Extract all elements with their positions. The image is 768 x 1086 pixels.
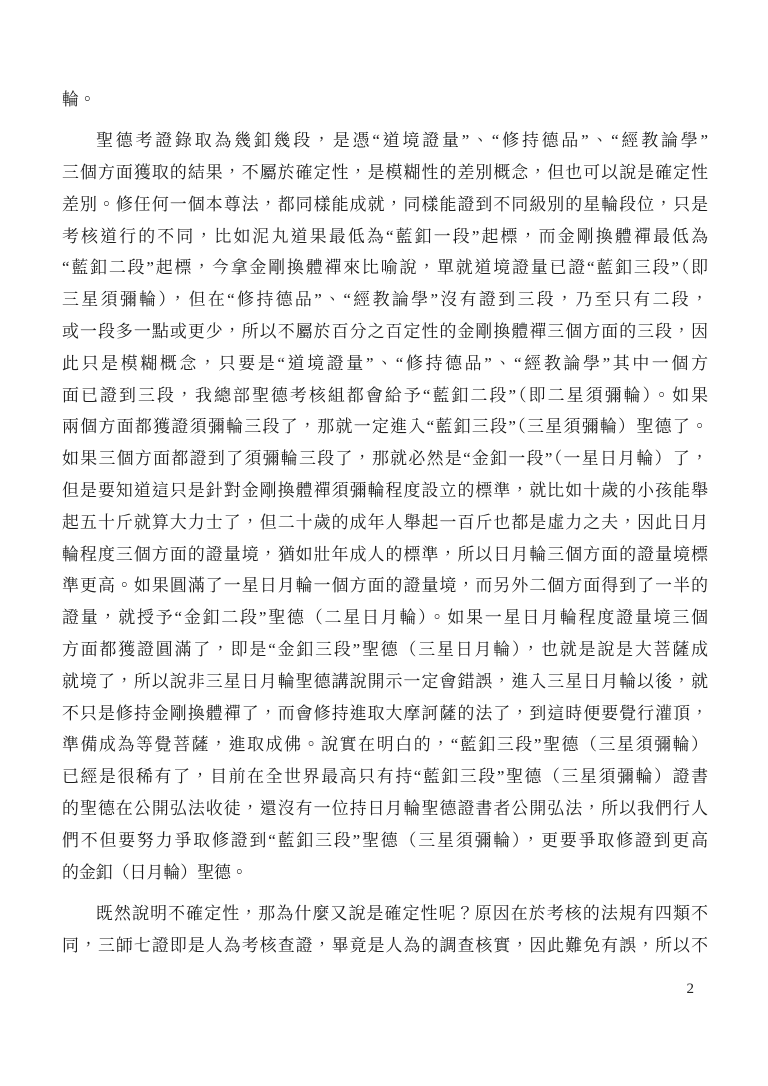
- text-line: 已經是很稀有了，目前在全世界最高只有持“藍釦三段”聖德（三星須彌輪）證書: [62, 761, 708, 793]
- text-line: 就境了，所以說非三星日月輪聖德講說開示一定會錯誤，進入三星日月輪以後，就: [62, 666, 708, 698]
- text-line: 此只是模糊概念，只要是“道境證量”、“修持德品”、“經教論學”其中一個方: [62, 348, 708, 380]
- paragraph: 既然說明不確定性，那為什麼又說是確定性呢？原因在於考核的法規有四類不同，三師七證…: [62, 898, 708, 962]
- text-line: 同，三師七證即是人為考核查證，畢竟是人為的調查核實，因此難免有誤，所以不: [62, 930, 708, 962]
- text-line: 輪程度三個方面的證量境，猶如壯年成人的標準，所以日月輪三個方面的證量境標: [62, 539, 708, 571]
- text-line: 或一段多一點或更少，所以不屬於百分之百定性的金剛換體禪三個方面的三段，因: [62, 316, 708, 348]
- text-line: 面已證到三段，我總部聖德考核組都會給予“藍釦二段”（即二星須彌輪）。如果: [62, 380, 708, 412]
- text-line: 如果三個方面都證到了須彌輪三段了，那就必然是“金釦一段”（一星日月輪）了，: [62, 443, 708, 475]
- text-line: 方面都獲證圓滿了，即是“金釦三段”聖德（三星日月輪），也就是說是大菩薩成: [62, 634, 708, 666]
- text-line: 證量，就授予“金釦二段”聖德（二星日月輪）。如果一星日月輪程度證量境三個: [62, 602, 708, 634]
- text-line: 的聖德在公開弘法收徒，還沒有一位持日月輪聖德證書者公開弘法，所以我們行人: [62, 793, 708, 825]
- text-line: 的金釦（日月輪）聖德。: [62, 857, 708, 889]
- text-line: “藍釦二段”起標，今拿金剛換體禪來比喻說，單就道境證量已證“藍釦三段”（即: [62, 252, 708, 284]
- text-line: 但是要知道這只是針對金剛換體禪須彌輪程度設立的標準，就比如十歲的小孩能舉: [62, 475, 708, 507]
- text-line: 不只是修持金剛換體禪了，而會修持進取大摩訶薩的法了，到這時便要覺行灌頂，: [62, 698, 708, 730]
- text-line: 三個方面獲取的結果，不屬於確定性，是模糊性的差別概念，但也可以說是確定性: [62, 157, 708, 189]
- text-line: 準更高。如果圓滿了一星日月輪一個方面的證量境，而另外二個方面得到了一半的: [62, 570, 708, 602]
- text-line: 三星須彌輪），但在“修持德品”、“經教論學”沒有證到三段，乃至只有二段，: [62, 284, 708, 316]
- text-line: 考核道行的不同，比如泥丸道果最低為“藍釦一段”起標，而金剛換體禪最低為: [62, 221, 708, 253]
- page-number: 2: [687, 979, 695, 999]
- page-text: 輪。聖德考證錄取為幾釦幾段，是憑“道境證量”、“修持德品”、“經教論學”三個方面…: [62, 84, 708, 971]
- text-line: 準備成為等覺菩薩，進取成佛。說實在明白的，“藍釦三段”聖德（三星須彌輪）: [62, 729, 708, 761]
- text-line: 既然說明不確定性，那為什麼又說是確定性呢？原因在於考核的法規有四類不: [62, 898, 708, 930]
- document-page: 輪。聖德考證錄取為幾釦幾段，是憑“道境證量”、“修持德品”、“經教論學”三個方面…: [0, 0, 768, 1086]
- text-line: 起五十斤就算大力士了，但二十歲的成年人舉起一百斤也都是虛力之夫，因此日月: [62, 507, 708, 539]
- text-line: 們不但要努力爭取修證到“藍釦三段”聖德（三星須彌輪），更要爭取修證到更高: [62, 825, 708, 857]
- paragraph: 聖德考證錄取為幾釦幾段，是憑“道境證量”、“修持德品”、“經教論學”三個方面獲取…: [62, 125, 708, 888]
- paragraph: 輪。: [62, 84, 708, 116]
- text-line: 輪。: [62, 84, 708, 116]
- text-line: 聖德考證錄取為幾釦幾段，是憑“道境證量”、“修持德品”、“經教論學”: [62, 125, 708, 157]
- text-line: 差別。修任何一個本尊法，都同樣能成就，同樣能證到不同級別的星輪段位，只是: [62, 189, 708, 221]
- text-line: 兩個方面都獲證須彌輪三段了，那就一定進入“藍釦三段”（三星須彌輪）聖德了。: [62, 411, 708, 443]
